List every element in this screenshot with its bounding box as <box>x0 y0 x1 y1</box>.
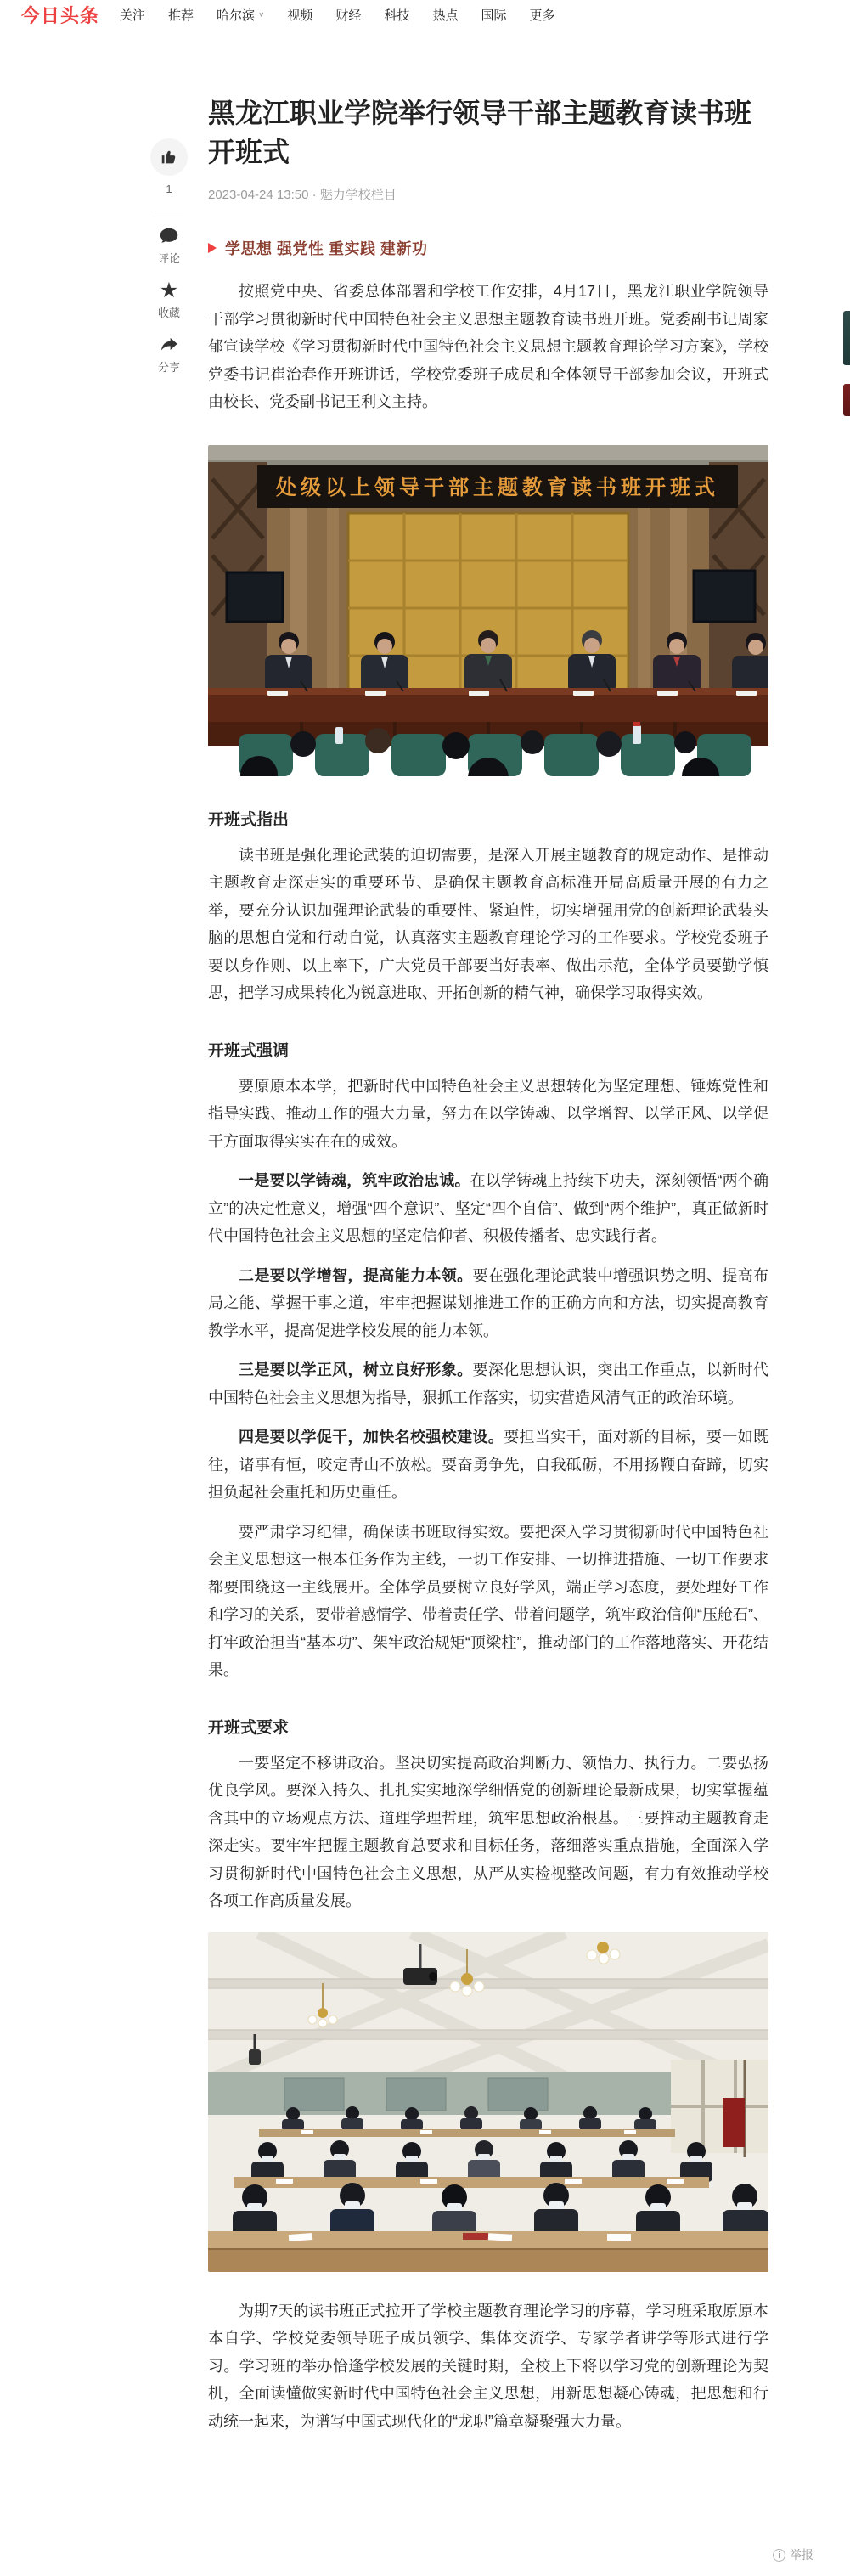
nav-item[interactable]: 关注 <box>120 6 145 24</box>
collect-label: 收藏 <box>149 304 189 320</box>
nav-item-label: 国际 <box>481 6 506 24</box>
rail-divider <box>155 211 183 211</box>
paragraph-lead: 二是要以学增智，提高能力本领。 <box>239 1267 472 1284</box>
article-body: 开班式指出 读书班是强化理论武装的迫切需要，是深入开展主题教育的规定动作、是推动… <box>208 807 768 1915</box>
article-paragraph: 四是要以学促干，加快名校强校建设。要担当实干，面对新的目标，要一如既往，诸事有恒… <box>208 1423 768 1507</box>
article-lede: 学思想 强党性 重实践 建新功 <box>208 237 768 259</box>
collect-button[interactable]: 收藏 <box>149 279 189 320</box>
section-heading: 开班式要求 <box>208 1715 768 1738</box>
nav-item-label: 哈尔滨 <box>217 6 255 24</box>
article-paragraph: 三是要以学正风，树立良好形象。要深化思想认识，突出工作重点，以新时代中国特色社会… <box>208 1356 768 1412</box>
share-label: 分享 <box>149 358 189 375</box>
article-paragraph: 要原原本本学，把新时代中国特色社会主义思想转化为坚定理想、锤炼党性和指导实践、推… <box>208 1073 768 1156</box>
paragraph-text: 要原原本本学，把新时代中国特色社会主义思想转化为坚定理想、锤炼党性和指导实践、推… <box>208 1078 768 1150</box>
nav-item-label: 热点 <box>432 6 458 24</box>
nav-item-label: 推荐 <box>168 6 194 24</box>
article-meta: 2023-04-24 13:50 · 魅力学校栏目 <box>208 185 768 203</box>
paragraph-lead: 三是要以学正风，树立良好形象。 <box>239 1361 472 1378</box>
share-icon <box>158 334 180 356</box>
sidebar-thumbnail-sliver[interactable] <box>843 311 850 365</box>
comment-button[interactable]: 评论 <box>149 225 189 266</box>
chevron-down-icon <box>258 11 264 19</box>
like-button[interactable] <box>150 138 188 176</box>
lede-text: 学思想 强党性 重实践 建新功 <box>225 237 428 259</box>
section-heading: 开班式强调 <box>208 1038 768 1061</box>
nav-item-label: 更多 <box>529 6 554 24</box>
toutiao-logo[interactable]: 今日头条 <box>21 2 99 28</box>
photo-banner-text: 处级以上领导干部主题教育读书班开班式 <box>276 476 719 499</box>
article-paragraph: 读书班是强化理论武装的迫切需要，是深入开展主题教育的规定动作、是推动主题教育走深… <box>208 842 768 1007</box>
meeting-hall-illustration: 处级以上领导干部主题教育读书班开班式 <box>208 445 768 776</box>
action-rail: 1 评论 收藏 分享 <box>149 138 189 388</box>
article-paragraph: 要严肃学习纪律，确保读书班取得实效。要把深入学习贯彻新时代中国特色社会主义思想这… <box>208 1519 768 1684</box>
like-count: 1 <box>149 183 189 195</box>
top-navbar: 今日头条 关注 推荐 哈尔滨 视频 财经 <box>0 0 850 29</box>
nav-item-label: 财经 <box>335 6 361 24</box>
report-label: 举报 <box>790 2546 813 2563</box>
article-paragraph: 一要坚定不移讲政治。坚决切实提高政治判断力、领悟力、执行力。二要弘扬优良学风。要… <box>208 1750 768 1915</box>
nav-item[interactable]: 哈尔滨 <box>217 6 264 24</box>
study-room-illustration <box>208 1932 768 2272</box>
comment-icon <box>158 225 180 247</box>
share-button[interactable]: 分享 <box>149 334 189 375</box>
nav-item[interactable]: 科技 <box>384 6 409 24</box>
paragraph-lead: 四是要以学促干，加快名校强校建设。 <box>239 1429 504 1446</box>
article-title: 黑龙江职业学院举行领导干部主题教育读书班开班式 <box>208 93 768 172</box>
article-intro-paragraph: 按照党中央、省委总体部署和学校工作安排，4月17日，黑龙江职业学院领导干部学习贯… <box>208 278 768 416</box>
paragraph-text: 要严肃学习纪律，确保读书班取得实效。要把深入学习贯彻新时代中国特色社会主义思想这… <box>208 1524 768 1679</box>
article-paragraph: 一是要以学铸魂，筑牢政治忠诚。在以学铸魂上持续下功夫，深刻领悟“两个确立”的决定… <box>208 1167 768 1250</box>
article-paragraph: 二是要以学增智，提高能力本领。要在强化理论武装中增强识势之明、提高布局之能、掌握… <box>208 1262 768 1345</box>
paragraph-lead: 一是要以学铸魂，筑牢政治忠诚。 <box>239 1172 470 1189</box>
article-closing-paragraph: 为期7天的读书班正式拉开了学校主题教育理论学习的序幕，学习班采取原原本本自学、学… <box>208 2297 768 2436</box>
star-icon <box>149 279 189 302</box>
report-button[interactable]: 举报 <box>773 2546 813 2563</box>
nav-item-label: 关注 <box>120 6 145 24</box>
nav-list: 关注 推荐 哈尔滨 视频 财经 科技 <box>120 6 577 24</box>
article-image-2[interactable] <box>208 1932 768 2272</box>
nav-item[interactable]: 财经 <box>335 6 361 24</box>
nav-item-label: 视频 <box>287 6 312 24</box>
nav-item[interactable]: 更多 <box>529 6 554 24</box>
article: 黑龙江职业学院举行领导干部主题教育读书班开班式 2023-04-24 13:50… <box>208 29 768 2435</box>
thumb-up-icon <box>160 148 178 166</box>
sidebar-thumbnail-sliver[interactable] <box>843 384 850 416</box>
nav-item[interactable]: 国际 <box>481 6 506 24</box>
nav-item[interactable]: 热点 <box>432 6 458 24</box>
paragraph-text: 一要坚定不移讲政治。坚决切实提高政治判断力、领悟力、执行力。二要弘扬优良学风。要… <box>208 1755 768 1910</box>
paragraph-text: 读书班是强化理论武装的迫切需要，是深入开展主题教育的规定动作、是推动主题教育走深… <box>208 847 768 1002</box>
nav-item[interactable]: 视频 <box>287 6 312 24</box>
red-triangle-icon <box>208 243 217 253</box>
article-image-1[interactable]: 处级以上领导干部主题教育读书班开班式 <box>208 445 768 776</box>
comment-label: 评论 <box>149 250 189 266</box>
nav-item-label: 科技 <box>384 6 409 24</box>
section-heading: 开班式指出 <box>208 807 768 830</box>
nav-item[interactable]: 推荐 <box>168 6 194 24</box>
info-circle-icon <box>773 2549 785 2562</box>
